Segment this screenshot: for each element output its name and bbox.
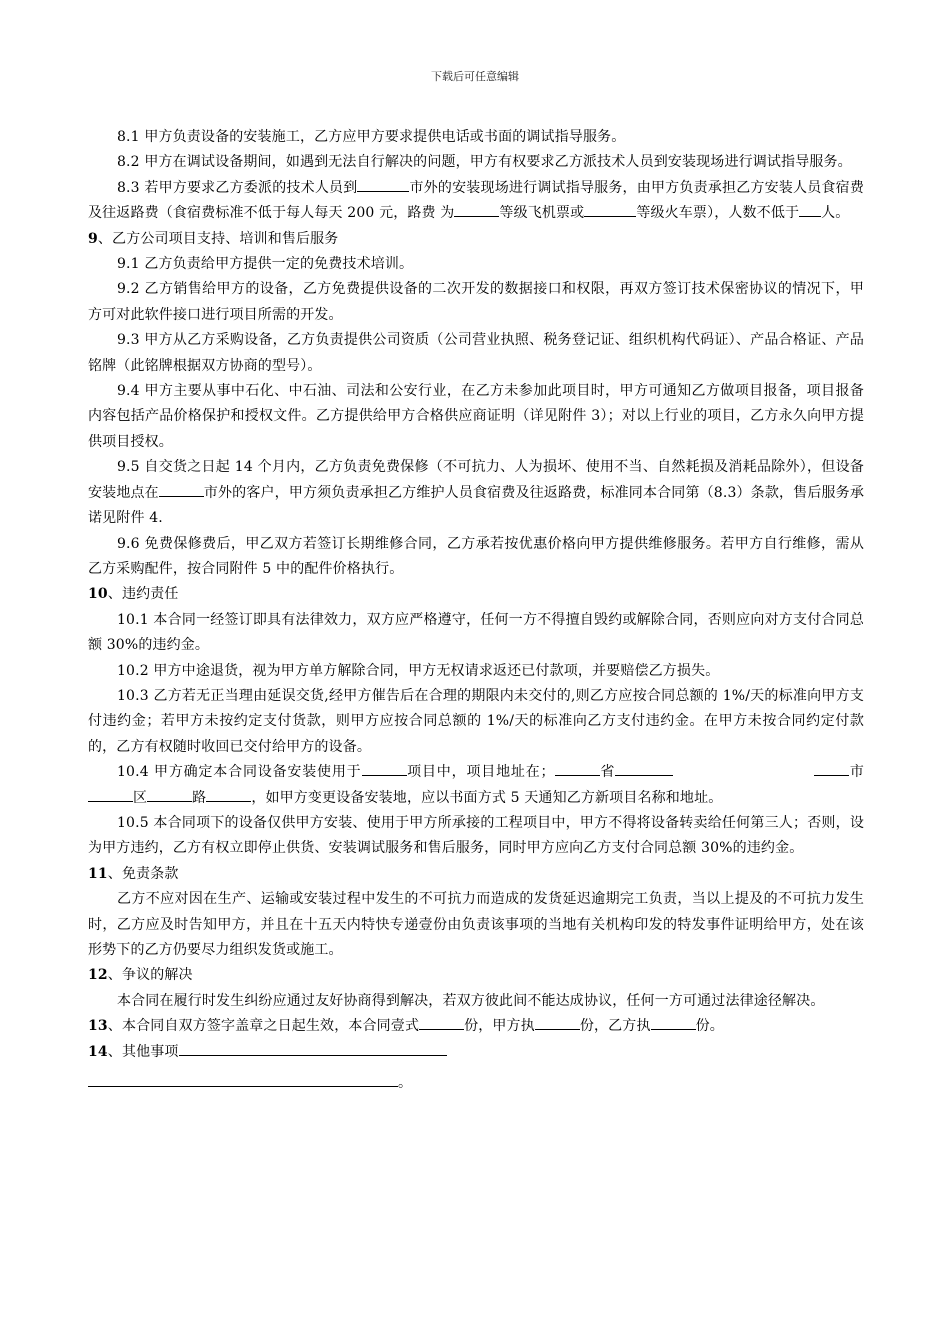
clause-9-1: 9.1 乙方负责给甲方提供一定的免费技术培训。	[88, 252, 864, 277]
blank-field[interactable]	[362, 761, 407, 776]
section-11-heading: 11、免责条款	[88, 862, 864, 887]
clause-8-2: 8.2 甲方在调试设备期间，如遇到无法自行解决的问题，甲方有权要求乙方派技术人员…	[88, 150, 864, 175]
clause-text: 路	[192, 790, 206, 806]
clause-text: 。	[398, 1075, 412, 1091]
clause-text: 份，甲方执	[464, 1018, 535, 1034]
blank-field[interactable]	[159, 482, 204, 497]
clause-9-2: 9.2 乙方销售给甲方的设备，乙方免费提供设备的二次开发的数据接口和权限，再双方…	[88, 277, 864, 328]
section-9-heading: 9、乙方公司项目支持、培训和售后服务	[88, 227, 864, 252]
clause-text: 项目中，项目地址在；	[407, 764, 555, 780]
section-14: 14、其他事项	[88, 1040, 864, 1065]
clause-text: 份。	[696, 1018, 724, 1034]
clause-10-2: 10.2 甲方中途退货，视为甲方单方解除合同，甲方无权请求返还已付款项，并要赔偿…	[88, 659, 864, 684]
section-number: 10	[88, 586, 108, 602]
section-title: 、乙方公司项目支持、培训和售后服务	[98, 231, 339, 247]
clause-9-6: 9.6 免费保修费后，甲乙双方若签订长期维修合同，乙方承若按优惠价格向甲方提供维…	[88, 532, 864, 583]
section-title: 、争议的解决	[108, 967, 193, 983]
blank-field[interactable]	[88, 1072, 398, 1087]
clause-text: 8.3 若甲方要求乙方委派的技术人员到	[117, 180, 357, 196]
blank-field[interactable]	[206, 787, 251, 802]
blank-field[interactable]	[419, 1015, 464, 1030]
clause-9-4: 9.4 甲方主要从事中石化、中石油、司法和公安行业，在乙方未参加此项目时，甲方可…	[88, 379, 864, 455]
blank-field[interactable]	[179, 1041, 447, 1056]
clause-12-body: 本合同在履行时发生纠纷应通过友好协商得到解决，若双方彼此间不能达成协议，任何一方…	[88, 989, 864, 1014]
clause-11-body: 乙方不应对因在生产、运输或安装过程中发生的不可抗力而造成的发货延迟逾期完工负责，…	[88, 887, 864, 963]
clause-text: 人。	[821, 205, 849, 221]
section-title: 、其他事项	[108, 1044, 179, 1060]
section-number: 9	[88, 231, 98, 247]
section-number: 13	[88, 1018, 108, 1034]
blank-field[interactable]	[357, 177, 409, 192]
section-number: 14	[88, 1044, 108, 1060]
section-13: 13、本合同自双方签字盖章之日起生效，本合同壹式份，甲方执份，乙方执份。	[88, 1014, 864, 1039]
clause-text: 市外的客户，甲方须负责承担乙方维护人员食宿费及往返路费，标准同本合同第（8.3）…	[88, 485, 864, 526]
clause-text: 10.4 甲方确定本合同设备安装使用于	[117, 764, 362, 780]
clause-10-5: 10.5 本合同项下的设备仅供甲方安装、使用于甲方所承接的工程项目中，甲方不得将…	[88, 811, 864, 862]
clause-text: 等级火车票），人数不低于	[636, 205, 799, 221]
blank-field[interactable]	[88, 787, 133, 802]
blank-field[interactable]	[535, 1015, 580, 1030]
clause-9-5: 9.5 自交货之日起 14 个月内，乙方负责免费保修（不可抗力、人为损坏、使用不…	[88, 455, 864, 531]
clause-8-3: 8.3 若甲方要求乙方委派的技术人员到市外的安装现场进行调试指导服务，由甲方负责…	[88, 176, 864, 227]
clause-text: 份，乙方执	[580, 1018, 651, 1034]
page-header: 下载后可任意编辑	[0, 68, 950, 84]
contract-body: 8.1 甲方负责设备的安装施工，乙方应甲方要求提供电话或书面的调试指导服务。 8…	[88, 125, 864, 1096]
clause-text: 区	[133, 790, 147, 806]
blank-field[interactable]	[814, 761, 849, 776]
blank-field[interactable]	[615, 761, 673, 776]
clause-10-3: 10.3 乙方若无正当理由延误交货,经甲方催告后在合理的期限内未交付的,则乙方应…	[88, 684, 864, 760]
blank-field[interactable]	[454, 202, 499, 217]
clause-text: 等级飞机票或	[499, 205, 584, 221]
blank-field[interactable]	[555, 761, 600, 776]
blank-field[interactable]	[147, 787, 192, 802]
clause-8-1: 8.1 甲方负责设备的安装施工，乙方应甲方要求提供电话或书面的调试指导服务。	[88, 125, 864, 150]
section-14-continuation: 。	[88, 1071, 864, 1096]
clause-text: ，如甲方变更设备安装地，应以书面方式 5 天通知乙方新项目名称和地址。	[251, 790, 722, 806]
section-12-heading: 12、争议的解决	[88, 963, 864, 988]
clause-9-3: 9.3 甲方从乙方采购设备，乙方负责提供公司资质（公司营业执照、税务登记证、组织…	[88, 328, 864, 379]
section-number: 11	[88, 866, 108, 882]
section-title: 、违约责任	[108, 586, 179, 602]
clause-text: 、本合同自双方签字盖章之日起生效，本合同壹式	[108, 1018, 419, 1034]
clause-10-1: 10.1 本合同一经签订即具有法律效力，双方应严格遵守，任何一方不得擅自毁约或解…	[88, 608, 864, 659]
clause-text: 省	[600, 764, 616, 780]
blank-field[interactable]	[651, 1015, 696, 1030]
blank-field[interactable]	[584, 202, 636, 217]
section-10-heading: 10、违约责任	[88, 582, 864, 607]
clause-10-4: 10.4 甲方确定本合同设备安装使用于项目中，项目地址在；省市区路，如甲方变更设…	[88, 760, 864, 811]
section-number: 12	[88, 967, 108, 983]
section-title: 、免责条款	[108, 866, 179, 882]
clause-text: 市	[849, 764, 864, 780]
blank-field[interactable]	[799, 202, 821, 217]
